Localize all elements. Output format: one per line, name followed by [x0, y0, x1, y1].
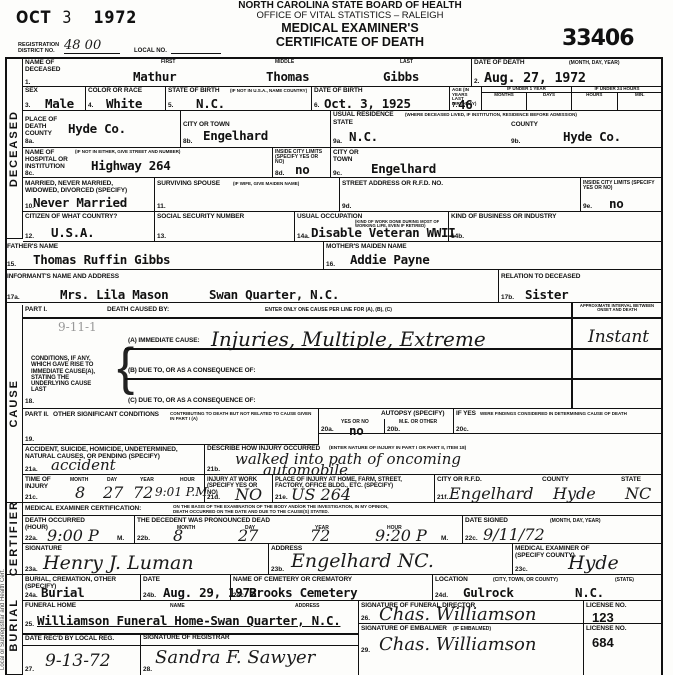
cause-b-label: (b) DUE TO, OR AS A CONSEQUENCE OF:: [126, 367, 257, 376]
informant-field: INFORMANT'S NAME AND ADDRESS 17a. Mrs. L…: [5, 270, 499, 303]
business-field: KIND OF BUSINESS OR INDUSTRY 14b.: [449, 212, 663, 242]
race: White: [106, 96, 142, 111]
injury-hour: 9:01 P.M.: [155, 485, 211, 499]
date-of-death-field: DATE OF DEATH (MONTH, DAY, YEAR) 2. Aug.…: [472, 59, 663, 87]
stamp-year: 1972: [94, 8, 138, 28]
how-injury-occurred-field: DESCRIBE HOW INJURY OCCURRED (ENTER NATU…: [205, 434, 663, 475]
residence-county: Hyde Co.: [563, 129, 621, 144]
first-name: Mathur: [133, 69, 176, 84]
usual-residence-field: USUAL RESIDENCE (WHERE DECEASED LIVED, I…: [331, 111, 663, 148]
race-field: COLOR or RACE 4. White: [86, 87, 166, 111]
form-header: NORTH CAROLINA STATE BOARD OF HEALTH OFF…: [200, 0, 500, 50]
local-number-label: LOCAL NO.: [134, 48, 167, 54]
state-of-birth-field: STATE OF BIRTH (IF NOT IN U.S.A., NAME C…: [166, 87, 312, 111]
date-received: 9-13-72: [45, 651, 111, 671]
medical-examiner-of-field: MEDICAL EXAMINER OF (SPECIFY COUNTY) 23c…: [513, 544, 663, 575]
place-of-injury-field: PLACE OF INJURY AT HOME, FARM, STREET, F…: [273, 475, 435, 503]
occupation: Disable Veteran WWII: [311, 225, 456, 240]
cemetery: Brooks Cemetery: [249, 585, 357, 600]
stamp-month: OCT: [16, 8, 51, 28]
injury-location-field: CITY OR R.F.D. COUNTY STATE 21f. Engelha…: [435, 475, 663, 503]
residence-inside-city-field: INSIDE CITY LIMITS (SPECIFY YES OR NO) 9…: [581, 178, 663, 212]
section-burial: BURIAL: [5, 575, 23, 675]
middle-name: Thomas: [266, 69, 309, 84]
district-label: REGISTRATION DISTRICT NO.: [18, 43, 64, 54]
funeral-home: Williamson Funeral Home-Swan Quarter, N.…: [37, 613, 340, 628]
burial-date-field: DATE 24b. Aug. 29, 1972: [141, 575, 231, 601]
cause-a-interval: Instant: [588, 327, 649, 347]
place-of-death-county-field: PLACE OF DEATH COUNTY 8a. Hyde Co.: [23, 111, 181, 148]
injury-day: 27: [103, 483, 123, 502]
stamp-day: 3: [62, 8, 72, 28]
manner-of-death-field: ACCIDENT, SUICIDE, HOMICIDE, UNDETERMINE…: [23, 445, 205, 475]
margin-note: 9-11-1: [58, 320, 97, 334]
mother-maiden-name: Addie Payne: [350, 252, 429, 267]
time-of-injury-field: TIME OF INJURY MONTH DAY YEAR HOUR 21c. …: [23, 475, 205, 503]
funeral-director-signature: Chas. Williamson: [379, 604, 536, 625]
local-number: [171, 44, 221, 54]
date-signed-field: DATE SIGNED (MONTH, DAY, YEAR) 22c. 9/11…: [463, 516, 663, 544]
injury-month: 8: [75, 483, 85, 502]
embalmer-license-field: LICENSE NO. 684: [584, 624, 663, 675]
age: 46: [458, 97, 472, 112]
form-title-line-2: CERTIFICATE OF DEATH: [200, 36, 500, 50]
place-of-injury: US 264: [291, 485, 351, 504]
father-name-field: FATHER'S NAME 15. Thomas Ruffin Gibbs: [5, 242, 324, 270]
occupation-field: USUAL OCCUPATION (KIND OF WORK DONE DURI…: [295, 212, 449, 242]
disposition: Burial: [41, 585, 84, 600]
citizenship-field: CITIZEN OF WHAT COUNTRY? 12. U.S.A.: [23, 212, 155, 242]
date-signed: 9/11/72: [483, 525, 545, 544]
inside-city-limits: no: [295, 162, 309, 177]
place-of-death-city: Engelhard: [203, 128, 268, 143]
sex: Male: [45, 96, 74, 111]
autopsy-field: AUTOPSY (SPECIFY) YES OR NO 20a. no M.E.…: [319, 409, 454, 434]
father-name: Thomas Ruffin Gibbs: [33, 252, 170, 267]
injury-at-work-field: INJURY AT WORK (SPECIFY YES OR NO) 21d. …: [205, 475, 273, 503]
pronounced-month: 8: [173, 526, 183, 545]
director-license-field: LICENSE NO. 123: [584, 601, 663, 624]
informant-address: Swan Quarter, N.C.: [209, 287, 339, 302]
certifier-address: Engelhard NC.: [291, 550, 434, 572]
place-of-death-city-field: CITY OR TOWN 8b. Engelhard: [181, 111, 331, 148]
disposition-field: BURIAL, CREMATION, OTHER (SPECIFY) 24a. …: [23, 575, 141, 601]
signature-field: SIGNATURE 23a. Henry J. Luman: [23, 544, 269, 575]
certification-statement: MEDICAL EXAMINER CERTIFICATION: ON THE B…: [23, 503, 663, 516]
injury-year: 72: [133, 483, 153, 502]
hospital: Highway 264: [91, 158, 170, 173]
margin-text: Local or Subregistrar and Health Cert.: [0, 400, 6, 670]
injury-at-work: NO: [235, 485, 262, 504]
residence-state: N.C.: [349, 129, 378, 144]
section-deceased: DECEASED: [5, 59, 23, 239]
date-of-birth: Oct. 3, 1925: [324, 96, 411, 111]
mother-maiden-name-field: MOTHER'S MAIDEN NAME 16. Addie Payne: [324, 242, 663, 270]
form-title-line-1: MEDICAL EXAMINER'S: [200, 22, 500, 36]
marital-status: Never Married: [33, 195, 127, 210]
hospital-field: NAME OF HOSPITAL OR INSTITUTION (IF NOT …: [23, 148, 273, 178]
injury-county: Hyde: [553, 484, 596, 503]
relation-to-deceased: Sister: [525, 287, 568, 302]
district-number: 48 00: [64, 38, 120, 54]
registration-row: REGISTRATION DISTRICT NO. 48 00 LOCAL NO…: [18, 38, 221, 54]
embalmer-signature: Chas. Williamson: [379, 634, 536, 655]
residence-city-field: CITY OR TOWN 9c. Engelhard: [331, 148, 663, 178]
citizenship: U.S.A.: [51, 225, 94, 240]
pronounced-year: 72: [310, 526, 330, 545]
date-of-death: Aug. 27, 1972: [484, 70, 586, 86]
registrar-signature: Sandra F. Sawyer: [155, 647, 315, 668]
inside-city-limits-field: INSIDE CITY LIMITS (SPECIFY YES OR NO) 8…: [273, 148, 331, 178]
pronounced-hour: 9:20 P: [375, 526, 427, 545]
director-license-number: 123: [592, 610, 614, 625]
injury-city: Engelhard: [449, 484, 534, 503]
place-of-death-county: Hyde Co.: [68, 121, 126, 136]
section-cause: CAUSE: [5, 305, 23, 503]
cemetery-field: NAME OF CEMETERY OR CREMATORY 24c. Brook…: [231, 575, 433, 601]
state-of-birth: N.C.: [196, 96, 225, 111]
cause-c-label: (c) DUE TO, OR AS A CONSEQUENCE OF:: [126, 397, 257, 406]
sex-field: SEX 3. Male: [23, 87, 86, 111]
cause-part-1: PART I. DEATH CAUSED BY: ENTER ONLY ONE …: [23, 303, 663, 409]
medical-examiner-county: Hyde: [568, 552, 619, 574]
embalmer-signature-field: SIGNATURE OF EMBALMER (IF EMBALMED) 29. …: [359, 624, 584, 675]
findings-field: IF YES WERE FINDINGS CONSIDERED IN DETER…: [454, 409, 663, 434]
funeral-director-signature-field: SIGNATURE OF FUNERAL DIRECTOR 26. Chas. …: [359, 601, 584, 624]
date-of-birth-field: DATE OF BIRTH 6. Oct. 3, 1925: [312, 87, 450, 111]
marital-status-field: MARRIED, NEVER MARRIED, WIDOWED, DIVORCE…: [23, 178, 155, 212]
informant-name: Mrs. Lila Mason: [60, 287, 168, 302]
medical-examiner-signature: Henry J. Luman: [43, 552, 194, 574]
pronounced-day: 27: [238, 526, 258, 545]
injury-state: NC: [625, 484, 651, 503]
section-certifier: CERTIFIER: [5, 503, 23, 575]
last-name: Gibbs: [383, 69, 419, 84]
residence-city: Engelhard: [371, 161, 436, 176]
death-hour: 9:00 P: [47, 526, 99, 545]
ssn-field: SOCIAL SECURITY NUMBER 13.: [155, 212, 295, 242]
surviving-spouse-field: SURVIVING SPOUSE (IF WIFE, GIVE MAIDEN N…: [155, 178, 340, 212]
age-field: AGE (IN YEARS LAST BIRTHDAY) 7. 46: [450, 87, 482, 111]
registrar-signature-field: SIGNATURE OF REGISTRAR 28. Sandra F. Saw…: [141, 633, 359, 675]
agency-line-2: OFFICE OF VITAL STATISTICS – RALEIGH: [200, 11, 500, 21]
embalmer-license-number: 684: [592, 635, 614, 650]
certificate-number: 33406: [562, 26, 634, 51]
under-24-hours-field: IF UNDER 24 HOURS HOURS MIN.: [572, 87, 663, 111]
certifier-address-field: ADDRESS 23b. Engelhard NC.: [269, 544, 513, 575]
street-address-field: STREET ADDRESS OR R.F.D. NO. 9d.: [340, 178, 581, 212]
cause-a-label: (a) IMMEDIATE CAUSE:: [126, 337, 202, 346]
residence-inside-city: no: [609, 196, 623, 211]
burial-location-state: N.C.: [575, 585, 604, 600]
burial-location-field: LOCATION (CITY, TOWN, OR COUNTY) (STATE)…: [433, 575, 663, 601]
death-hour-field: DEATH OCCURRED (HOUR) 22a. 9:00 P M.: [23, 516, 135, 544]
received-date-stamp: OCT 3 1972: [16, 8, 137, 28]
name-of-deceased-field: NAME OF DECEASED 1. FIRST MIDDLE LAST Ma…: [23, 59, 472, 87]
burial-location-city: Gulrock: [463, 585, 514, 600]
manner-of-death: accident: [51, 456, 116, 474]
under-one-year-field: IF UNDER 1 YEAR MONTHS DAYS: [482, 87, 572, 111]
relation-field: RELATION TO DECEASED 17b. Sister: [499, 270, 663, 303]
date-received-field: 27. 9-13-72: [23, 633, 141, 675]
pronounced-dead-field: THE DECEDENT WAS PRONOUNCED DEAD MONTH D…: [135, 516, 463, 544]
